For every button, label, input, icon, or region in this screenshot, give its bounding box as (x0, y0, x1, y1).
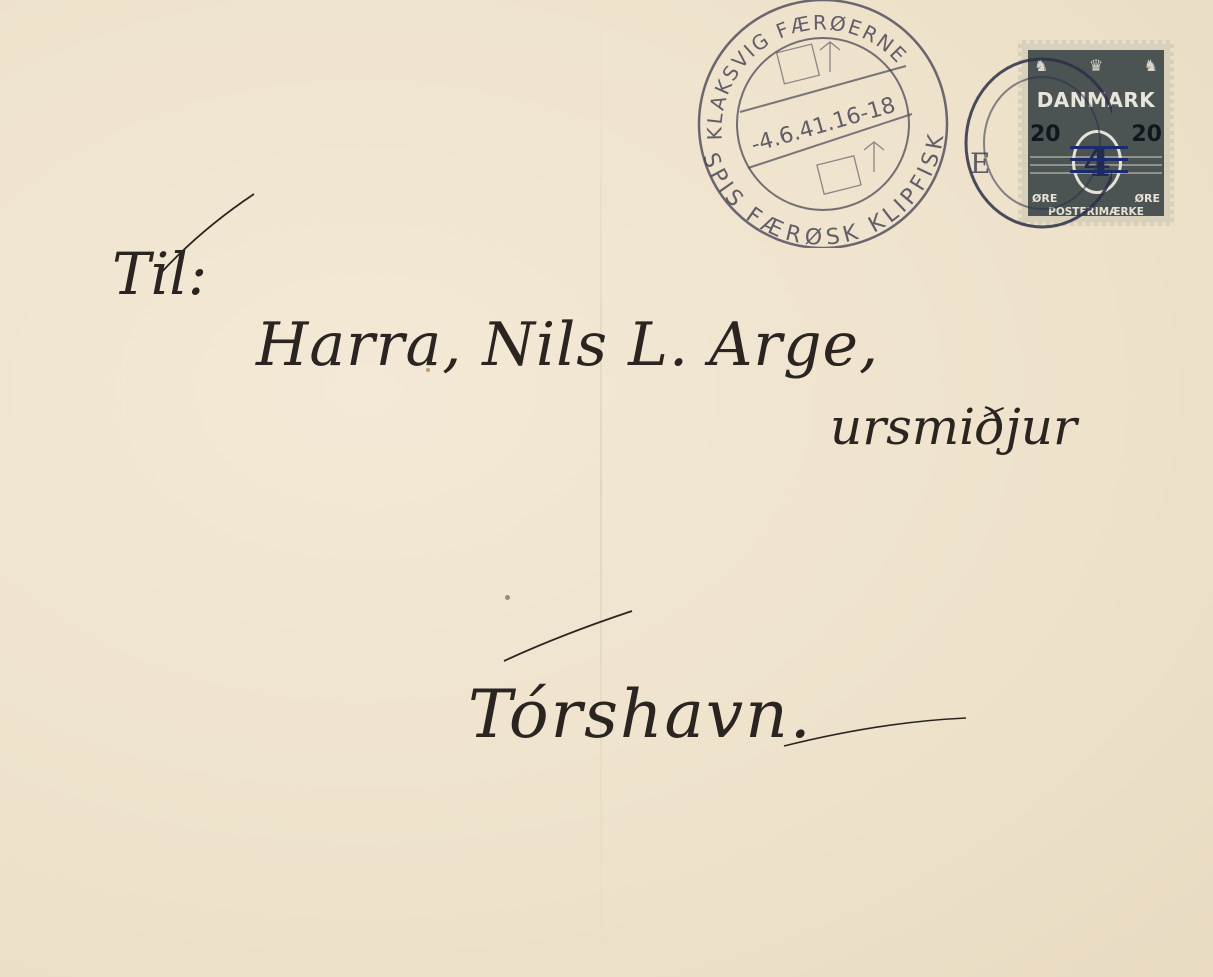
cancel-text: E (970, 147, 990, 180)
stamp-cancel-postmark: E (962, 55, 1112, 235)
stamp-surcharge-right: 20 (1131, 122, 1162, 147)
envelope: KLAKSVIG FÆRØERNE SPIS FÆRØSK KLIPFISK -… (0, 0, 1213, 977)
stamp-denomination-right: ØRE (1135, 192, 1160, 205)
flourish-city (500, 605, 640, 665)
paper-spot (505, 595, 510, 600)
postmark: KLAKSVIG FÆRØERNE SPIS FÆRØSK KLIPFISK -… (692, 0, 954, 248)
paper-crease (600, 0, 602, 977)
lion-icon: ♞ (1144, 56, 1158, 82)
recipient-occupation: ursmiðjur (830, 398, 1077, 456)
recipient-city: Tórshavn. (468, 676, 813, 753)
paper-spot (426, 368, 430, 372)
recipient-name: Harra, Nils L. Arge, (256, 310, 879, 380)
address-prefix: Til: (112, 240, 207, 308)
flourish-underline (780, 712, 970, 752)
